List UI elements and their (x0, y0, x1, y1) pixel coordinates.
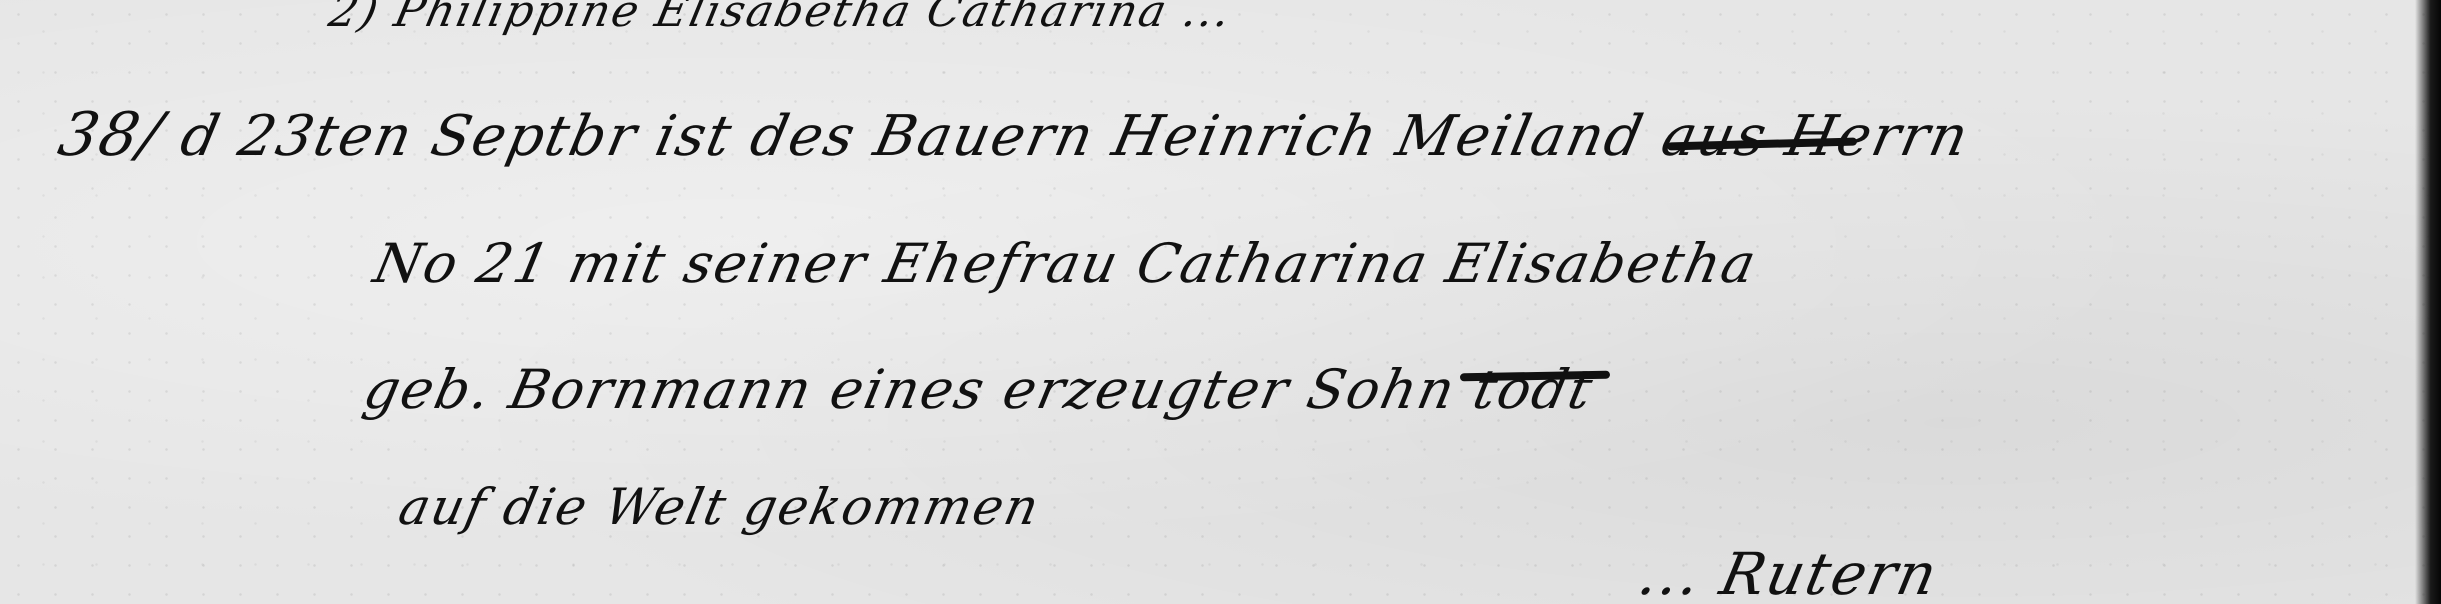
handwritten-line-4: auf die Welt gekommen (394, 478, 1046, 536)
handwritten-line-5: ... Rutern (1633, 540, 1945, 604)
document-page: 2) Philippine Elisabetha Catharina ... 3… (0, 0, 2441, 604)
entry-number-prefix: 38/ (53, 100, 170, 170)
paper-texture (0, 0, 2441, 604)
handwritten-line-0: 2) Philippine Elisabetha Catharina ... (325, 0, 1237, 37)
page-binding-shadow (2415, 0, 2441, 604)
handwritten-line-3: geb. Bornmann eines erzeugter Sohn todt (358, 358, 1599, 421)
entry-line-1-text: Septbr ist des Bauern Heinrich Meiland a… (426, 104, 1976, 169)
handwritten-line-2: No 21 mit seiner Ehefrau Catharina Elisa… (368, 232, 1763, 295)
entry-date: d 23ten (175, 104, 419, 169)
handwritten-line-1: 38/ d 23ten Septbr ist des Bauern Heinri… (53, 100, 1977, 170)
